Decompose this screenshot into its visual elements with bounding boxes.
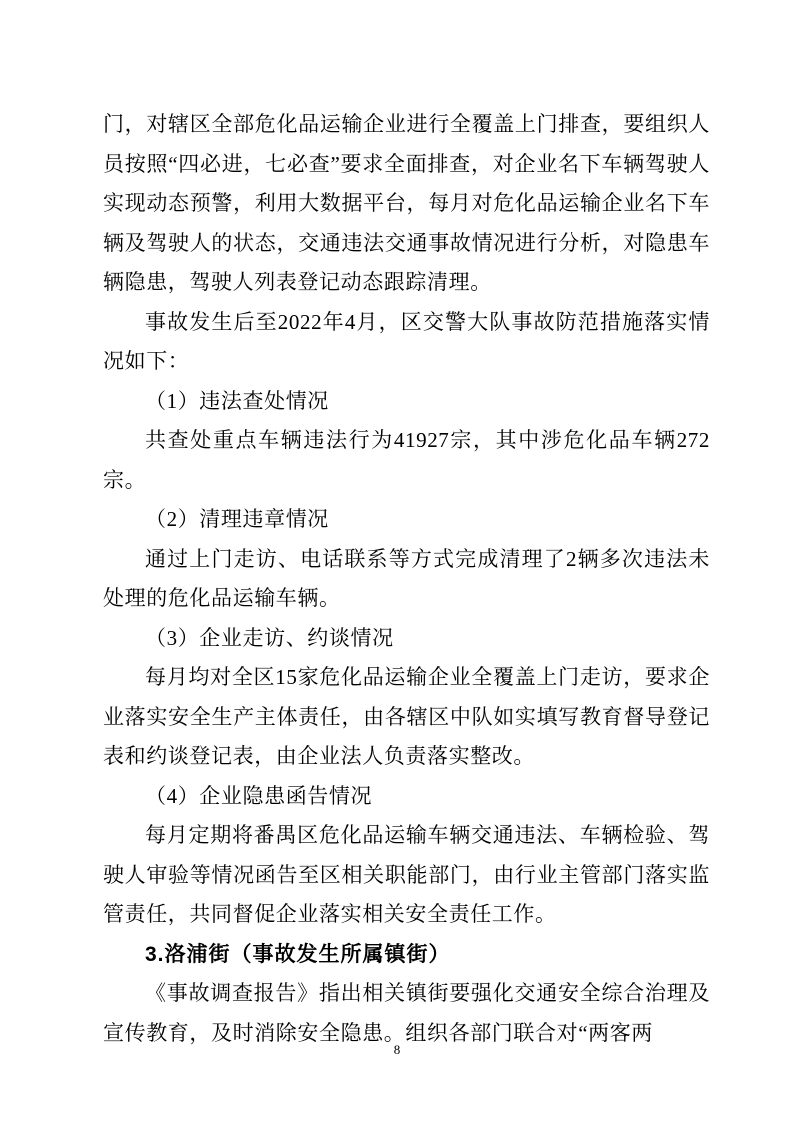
list-item-heading-1: （1）违法查处情况 [103, 382, 710, 422]
section-heading: 3.洛浦街（事故发生所属镇街） [103, 935, 710, 975]
paragraph: 每月均对全区15家危化品运输企业全覆盖上门走访，要求企业落实安全生产主体责任，由… [103, 658, 710, 777]
paragraph-continuation: 门，对辖区全部危化品运输企业进行全覆盖上门排查，要组织人员按照“四必进，七必查”… [103, 105, 710, 303]
paragraph: 每月定期将番禺区危化品运输车辆交通违法、车辆检验、驾驶人审验等情况函告至区相关职… [103, 816, 710, 935]
list-item-heading-4: （4）企业隐患函告情况 [103, 777, 710, 817]
paragraph: 通过上门走访、电话联系等方式完成清理了2辆多次违法未处理的危化品运输车辆。 [103, 540, 710, 619]
page-number: 8 [0, 1043, 794, 1057]
document-page: 门，对辖区全部危化品运输企业进行全覆盖上门排查，要组织人员按照“四必进，七必查”… [0, 0, 794, 1123]
list-item-heading-2: （2）清理违章情况 [103, 500, 710, 540]
paragraph: 共查处重点车辆违法行为41927宗，其中涉危化品车辆272宗。 [103, 421, 710, 500]
list-item-heading-3: （3）企业走访、约谈情况 [103, 619, 710, 659]
paragraph: 事故发生后至2022年4月，区交警大队事故防范措施落实情况如下： [103, 303, 710, 382]
paragraph: 《事故调查报告》指出相关镇街要强化交通安全综合治理及宣传教育，及时消除安全隐患。… [103, 974, 710, 1053]
page-body-text: 门，对辖区全部危化品运输企业进行全覆盖上门排查，要组织人员按照“四必进，七必查”… [103, 105, 710, 1053]
